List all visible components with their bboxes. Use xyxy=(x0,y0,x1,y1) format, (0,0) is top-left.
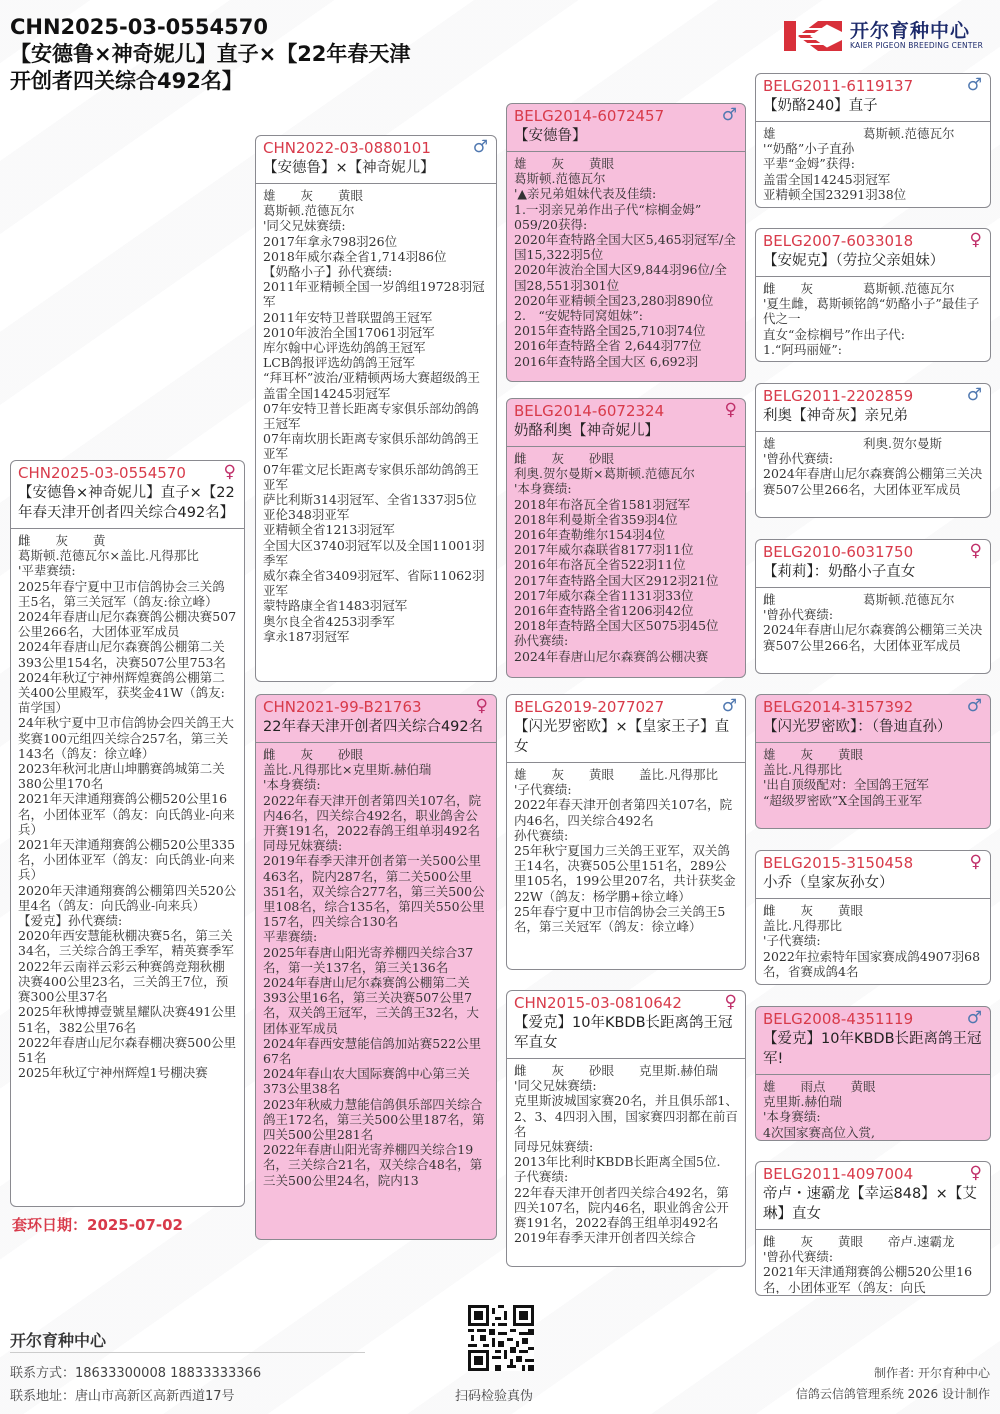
detail-line: 雌 灰 砂眼 xyxy=(263,747,489,762)
detail-line: 雌 灰 砂眼 克里斯.赫伯瑞 xyxy=(514,1063,738,1078)
pigeon-details: 雌 灰 砂眼 盖比.凡得那比×克里斯.赫伯瑞 '本身赛绩: 2022年春天津开创… xyxy=(256,743,496,1216)
detail-line: 蒙特路康全省1483羽冠军 xyxy=(263,598,489,613)
detail-line: 平辈赛绩: xyxy=(263,929,489,944)
detail-line: 雌 葛斯顿.范德瓦尔 xyxy=(763,592,983,607)
ring-number: BELG2014-6072457 xyxy=(514,107,738,126)
ring-number: BELG2011-6119137 xyxy=(763,77,983,96)
detail-line: 07年安特卫普长距离专家俱乐部幼鸽鸽王冠军 xyxy=(263,401,489,431)
detail-line: 盖比.凡得那比×克里斯.赫伯瑞 xyxy=(263,762,489,777)
detail-line: 2022年云南祥云彩云种赛鸽竞翔秋棚决赛400公里23名，三关鸽王7位，预赛30… xyxy=(18,959,237,1005)
female-icon: ♀ xyxy=(970,542,982,561)
detail-line: '同父兄妹赛绩: xyxy=(263,218,489,233)
pigeon-name: 【安德鲁】×【神奇妮儿】 xyxy=(263,158,489,178)
detail-line: 2021年天津通翔赛鸽公棚520公里16名，小团体亚军（鸽友：向氏 xyxy=(763,1264,983,1294)
detail-line: '平辈赛绩: xyxy=(18,563,237,578)
female-icon: ♀ xyxy=(970,853,982,872)
detail-line: 2024年春唐山尼尔森赛鸽公棚第二关393公里16名，第三关决赛507公里7名，… xyxy=(263,975,489,1036)
ring-number: BELG2014-3157392 xyxy=(763,698,983,717)
pigeon-card-sire-sire[interactable]: BELG2014-6072457 ♂ 【安德鲁】 雄 灰 黄眼 葛斯顿.范德瓦尔… xyxy=(506,103,746,382)
male-icon: ♂ xyxy=(473,138,488,157)
ring-number: BELG2015-3150458 xyxy=(763,854,983,873)
detail-line: '子代赛绩: xyxy=(763,933,983,948)
ring-number: BELG2010-6031750 xyxy=(763,543,983,562)
detail-line: 1.“阿玛丽娅”: xyxy=(763,342,983,357)
female-icon: ♀ xyxy=(476,697,488,716)
pigeon-name: 帝卢・速霸龙【幸运848】×【艾琳】直女 xyxy=(763,1184,983,1224)
female-icon: ♀ xyxy=(970,231,982,250)
ring-number: CHN2022-03-0880101 xyxy=(263,139,489,158)
detail-line: 2022年春天津开创者第四关107名，院内46名，四关综合492名 xyxy=(514,797,738,827)
detail-line: 07年霍文尼长距离专家俱乐部幼鸽鸽王亚军 xyxy=(263,462,489,492)
pigeon-card-dds[interactable]: BELG2008-4351119 ♂ 【爱克】10年KBDB长距离鸽王冠军! 雄… xyxy=(755,1006,991,1141)
detail-line: 2010年波治全国17061羽冠军 xyxy=(263,325,489,340)
detail-line: 克里斯波城国家赛20名，并且俱乐部1、2、3、4四羽入围，国家赛四羽都在前百名 xyxy=(514,1093,738,1139)
logo-name-en: KAIER PIGEON BREEDING CENTER xyxy=(850,41,983,51)
pigeon-details: 雄 利奥.贺尔曼斯 '曾孙代赛绩: 2024年春唐山尼尔森赛鸽公棚第三关决赛50… xyxy=(756,432,990,518)
detail-line: 【奶酪小子】孙代赛绩: xyxy=(263,264,489,279)
detail-line: 2021年天津通翔赛鸽公棚520公里335名，小团体亚军（鸽友：向氏鸽业-向来兵… xyxy=(18,837,237,883)
pigeon-details: 雌 灰 黄眼 盖比.凡得那比 '子代赛绩: 2022年拉索特年国家赛成鸽4907… xyxy=(756,899,990,985)
pigeon-name: 【爱克】10年KBDB长距离鸽王冠军直女 xyxy=(514,1013,738,1053)
logo-name-cn: 开尔育种中心 xyxy=(850,21,983,41)
female-icon: ♀ xyxy=(970,1164,982,1183)
detail-line: 雌 灰 黄眼 xyxy=(763,903,983,918)
detail-line: 2024年春唐山尼尔森赛鸽公棚决赛507公里266名，大团体亚军成员 xyxy=(18,609,237,639)
pigeon-card-dam[interactable]: CHN2021-99-B21763 ♀ 22年春天津开创者四关综合492名 雌 … xyxy=(255,694,497,1240)
footer-contact: 联系方式：18633300008 18833333366 xyxy=(10,1362,261,1381)
detail-line: 亚伦348羽亚军 xyxy=(263,507,489,522)
detail-line: '“奶酪”小子直孙 xyxy=(763,141,983,156)
detail-line: 2019年春季天津开创者第一关500公里463名，院内287名，第二关500公里… xyxy=(263,853,489,929)
detail-line: 【爱克】孙代赛绩: xyxy=(18,913,237,928)
pigeon-details: 雌 灰 葛斯顿.范德瓦尔 '夏生雌，葛斯顿铭鸽“奶酪小子”最佳子代之一 直女“金… xyxy=(756,277,990,361)
detail-line: '本身赛绩: xyxy=(263,777,489,792)
detail-line: '本身赛绩: xyxy=(514,481,738,496)
detail-line: 葛斯顿.范德瓦尔 xyxy=(514,171,738,186)
detail-line: '曾孙代赛绩: xyxy=(763,607,983,622)
female-icon: ♀ xyxy=(725,401,737,420)
detail-line: 雄 葛斯顿.范德瓦尔 xyxy=(763,126,983,141)
detail-line: 2025年春唐山阳光寄养棚四关综合37名，第一关137名，第三关136名 xyxy=(263,945,489,975)
male-icon: ♂ xyxy=(967,697,982,716)
detail-line: 2025年春宁夏中卫市信鸽协会三关鸽王5名，第三关冠军（鸽友:徐立峰） xyxy=(18,579,237,609)
detail-line: '夏生雌，葛斯顿铭鸽“奶酪小子”最佳子代之一 xyxy=(763,296,983,326)
detail-line: 2018年威尔森全省1,714羽86位 xyxy=(263,249,489,264)
pigeon-card-sdd[interactable]: BELG2010-6031750 ♀ 【莉莉】：奶酪小子直女 雌 葛斯顿.范德瓦… xyxy=(755,539,991,674)
detail-line: 平辈“金姆”获得: xyxy=(763,156,983,171)
male-icon: ♂ xyxy=(967,1009,982,1028)
ring-date: 套环日期：2025-07-02 xyxy=(12,1214,183,1235)
pigeon-card-sire-dam[interactable]: BELG2014-6072324 ♀ 奶酪利奥【神奇妮儿】 雌 灰 砂眼 利奥.… xyxy=(506,398,746,678)
detail-line: 同母兄妹赛绩: xyxy=(263,838,489,853)
detail-line: 奥尔良全省4253羽季军 xyxy=(263,614,489,629)
male-icon: ♂ xyxy=(722,106,737,125)
detail-line: 威尔森全省3409羽冠军、省际11062羽亚军 xyxy=(263,568,489,598)
detail-line: 直女“金棕榈号”作出子代: xyxy=(763,327,983,342)
detail-line: “拜耳杯”波治/亚精顿两场大赛超级鸽王 xyxy=(263,370,489,385)
pigeon-name: 【安德鲁×神奇妮儿】直子×【22年春天津开创者四关综合492名】 xyxy=(18,483,237,523)
detail-line: 2024年春唐山尼尔森赛鸽公棚第三关决赛507公里266名，大团体亚军成员 xyxy=(763,466,983,496)
detail-line: 孙代赛绩: xyxy=(514,633,738,648)
pigeon-card-sds[interactable]: BELG2011-2202859 ♂ 利奥【神奇灰】亲兄弟 雄 利奥.贺尔曼斯 … xyxy=(755,383,991,518)
detail-line: 2018年查特路全国大区5075羽45位 xyxy=(514,618,738,633)
detail-line: 雄 灰 黄眼 xyxy=(763,747,983,762)
pigeon-name: 【安德鲁】 xyxy=(514,126,738,146)
ring-number: BELG2011-2202859 xyxy=(763,387,983,406)
detail-line: 25年春宁夏中卫市信鸽协会三关鸽王5名，第三关冠军（鸽友：徐立峰） xyxy=(514,904,738,934)
detail-line: “超级罗密欧”X全国鸽王亚军 xyxy=(763,793,983,808)
detail-line: 2024年春唐山尼尔森赛鸽公棚决赛 xyxy=(514,649,738,664)
detail-line: 2020年查特路全国大区5,465羽冠军/全国15,322羽5位 xyxy=(514,232,738,262)
detail-line: 2017年威尔森全省1131羽33位 xyxy=(514,588,738,603)
detail-line: 2021年天津通翔赛鸽公棚520公里16名，小团体亚军（鸽友：向氏鸽业-向来兵） xyxy=(18,791,237,837)
detail-line: 2024年春唐山尼尔森赛鸽公棚第三关决赛507公里266名，大团体亚军成员 xyxy=(763,622,983,652)
male-icon: ♂ xyxy=(967,386,982,405)
detail-line: 雄 灰 黄眼 盖比.凡得那比 xyxy=(514,767,738,782)
detail-line: 子代赛绩: xyxy=(514,1169,738,1184)
detail-line: 2016年布洛瓦全省522羽11位 xyxy=(514,557,738,572)
pigeon-details: 雄 葛斯顿.范德瓦尔 '“奶酪”小子直孙 平辈“金姆”获得: 盖雷全国14245… xyxy=(756,122,990,208)
pigeon-card-dsd[interactable]: BELG2015-3150458 ♀ 小乔（皇家灰孙女） 雌 灰 黄眼 盖比.凡… xyxy=(755,850,991,985)
ring-number: CHN2021-99-B21763 xyxy=(263,698,489,717)
detail-line: 葛斯顿.范德瓦尔×盖比.凡得那比 xyxy=(18,548,237,563)
detail-line: 亚精顿全国23291羽38位 xyxy=(763,187,983,202)
male-icon: ♂ xyxy=(722,697,737,716)
detail-line: '曾孙代赛绩: xyxy=(763,1249,983,1264)
detail-line: 同母兄妹赛绩: xyxy=(514,1139,738,1154)
detail-line: 2020年波治全国大区9,844羽96位/全国28,551羽301位 xyxy=(514,262,738,292)
pigeon-card-subject[interactable]: CHN2025-03-0554570 ♀ 【安德鲁×神奇妮儿】直子×【22年春天… xyxy=(10,460,245,1207)
pigeon-name: 【爱克】10年KBDB长距离鸽王冠军! xyxy=(763,1029,983,1069)
ring-number: CHN2025-03-0554570 xyxy=(18,464,237,483)
pigeon-name: 【闪光罗密欧】×【皇家王子】直女 xyxy=(514,717,738,757)
detail-line: 雄 雨点 黄眼 xyxy=(763,1079,983,1094)
pigeon-card-sire[interactable]: CHN2022-03-0880101 ♂ 【安德鲁】×【神奇妮儿】 雄 灰 黄眼… xyxy=(255,135,497,682)
pigeon-card-dss[interactable]: BELG2014-3157392 ♂ 【闪光罗密欧】：（鲁迪直孙） 雄 灰 黄眼… xyxy=(755,694,991,829)
detail-line: 1.一羽亲兄弟作出子代“棕榈金姆” 059/20获得: xyxy=(514,202,738,232)
detail-line: 雌 灰 葛斯顿.范德瓦尔 xyxy=(763,281,983,296)
pigeon-card-ddd[interactable]: BELG2011-4097004 ♀ 帝卢・速霸龙【幸运848】×【艾琳】直女 … xyxy=(755,1161,991,1296)
detail-line: 2016年查特路全国大区 6,692羽 xyxy=(514,354,738,369)
pigeon-name: 奶酪利奥【神奇妮儿】 xyxy=(514,421,738,441)
footer-divider xyxy=(10,1352,365,1353)
pigeon-details: 雄 灰 黄眼 盖比.凡得那比 '出自顶级配对：全国鸽王冠军 “超级罗密欧”X全国… xyxy=(756,743,990,809)
detail-line: 2020年亚精顿全国23,280羽890位 xyxy=(514,293,738,308)
footer-address: 联系地址：唐山市高新区高新西道17号 xyxy=(10,1385,235,1404)
pigeon-details: 雌 灰 砂眼 克里斯.赫伯瑞 '同父兄妹赛绩: 克里斯波城国家赛20名，并且俱乐… xyxy=(507,1059,745,1263)
detail-line: 全国大区3740羽冠军以及全国11001羽季军 xyxy=(263,538,489,568)
pigeon-name: 【奶酪240】直子 xyxy=(763,96,983,116)
detail-line: 2019年春季天津开创者四关综合 xyxy=(514,1230,738,1245)
pigeon-details: 雌 灰 砂眼 利奥.贺尔曼斯×葛斯顿.范德瓦尔 '本身赛绩: 2018年布洛瓦全… xyxy=(507,447,745,673)
footer-maker: 制作者: 开尔育种中心 xyxy=(874,1364,990,1381)
ring-number: BELG2008-4351119 xyxy=(763,1010,983,1029)
detail-line: 2025年秋辽宁神州辉煌1号棚决赛 xyxy=(18,1065,237,1080)
detail-line: 2022年春天津开创者第四关107名，院内46名，四关综合492名，职业鸽舍公开… xyxy=(263,793,489,839)
female-icon: ♀ xyxy=(224,463,236,482)
detail-line: 库尔翰中心评选幼鸽鸽王冠军 xyxy=(263,340,489,355)
ring-number: BELG2011-4097004 xyxy=(763,1165,983,1184)
pigeon-name: 【闪光罗密欧】：（鲁迪直孙） xyxy=(763,717,983,737)
ring-number: CHN2015-03-0810642 xyxy=(514,994,738,1013)
detail-line: 盖比.凡得那比 xyxy=(763,762,983,777)
pigeon-details: 雄 雨点 黄眼 克里斯.赫伯瑞 '本身赛绩: 4次国家赛高位入赏, xyxy=(756,1075,990,1141)
male-icon: ♂ xyxy=(967,76,982,95)
ring-number: BELG2019-2077027 xyxy=(514,698,738,717)
kaier-logo-icon xyxy=(784,19,844,53)
detail-line: 24年秋宁夏中卫市信鸽协会四关鸽王大奖赛100元组四关综合257名，第三关143… xyxy=(18,715,237,761)
footer-system-credit: 信鸽云信鸽管理系统 2026 设计制作 xyxy=(796,1385,990,1402)
detail-line: 利奥.贺尔曼斯×葛斯顿.范德瓦尔 xyxy=(514,466,738,481)
detail-line: 2022年春唐山阳光寄养棚四关综合19名，三关综合21名，双关综合48名，第三关… xyxy=(263,1142,489,1188)
detail-line: 2020年西安慧能秋棚决赛5名，第三关34名，三关综合鸽王季军，精英赛季军 xyxy=(18,928,237,958)
detail-line: 2024年秋辽宁神州辉煌赛鸽公棚第二关400公里殿军，获奖金41W（鸽友:苗学国… xyxy=(18,670,237,716)
qr-code-icon[interactable] xyxy=(468,1305,534,1371)
pigeon-card-dam-dam[interactable]: CHN2015-03-0810642 ♀ 【爱克】10年KBDB长距离鸽王冠军直… xyxy=(506,990,746,1267)
detail-line: 2015年查特路全国25,710羽74位 xyxy=(514,323,738,338)
ring-number: BELG2007-6033018 xyxy=(763,232,983,251)
detail-line: '本身赛绩: xyxy=(763,1109,983,1124)
pigeon-details: 雌 葛斯顿.范德瓦尔 '曾孙代赛绩: 2024年春唐山尼尔森赛鸽公棚第三关决赛5… xyxy=(756,588,990,674)
detail-line: '子代赛绩: xyxy=(514,782,738,797)
detail-line: 雌 灰 砂眼 xyxy=(514,451,738,466)
detail-line: 葛斯顿.范德瓦尔 xyxy=(263,203,489,218)
detail-line: 拿永187羽冠军 xyxy=(263,629,489,644)
detail-line: 亚精顿全省1213羽冠军 xyxy=(263,522,489,537)
detail-line: 2011年亚精顿全国一岁鸽组19728羽冠军 xyxy=(263,279,489,309)
detail-line: 盖雷全国14245羽冠军 xyxy=(763,172,983,187)
detail-line: 2016年查勒维尔154羽4位 xyxy=(514,527,738,542)
pigeon-card-sss[interactable]: BELG2011-6119137 ♂ 【奶酪240】直子 雄 葛斯顿.范德瓦尔 … xyxy=(755,73,991,208)
detail-line: 2018年利曼斯全省359羽4位 xyxy=(514,512,738,527)
detail-line: LCB鸽报评选幼鸽鸽王冠军 xyxy=(263,355,489,370)
pigeon-name: 小乔（皇家灰孙女） xyxy=(763,873,983,893)
pigeon-details: 雄 灰 黄眼 葛斯顿.范德瓦尔 '同父兄妹赛绩: 2017年拿永798羽26位 … xyxy=(256,184,496,677)
pigeon-name: 【安妮克】（劳拉父亲姐妹） xyxy=(763,251,983,271)
detail-line: 2018年布洛瓦全省1581羽冠军 xyxy=(514,497,738,512)
qr-verify-label: 扫码检验真伪 xyxy=(455,1385,533,1404)
detail-line: 萨比利斯314羽冠军、全省1337羽5位 xyxy=(263,492,489,507)
detail-line: 4次国家赛高位入赏, xyxy=(763,1125,983,1140)
detail-line: 雌 灰 黄眼 帝卢.速霸龙 xyxy=(763,1234,983,1249)
detail-line: 2017年拿永798羽26位 xyxy=(263,234,489,249)
pigeon-name: 22年春天津开创者四关综合492名 xyxy=(263,717,489,737)
detail-line: 孙代赛绩: xyxy=(514,828,738,843)
detail-line: 2023年秋威力慧能信鸽俱乐部四关综合鸽王172名，第三关500公里187名，第… xyxy=(263,1097,489,1143)
detail-line: 2024年春西安慧能信鸽加站赛522公里67名 xyxy=(263,1036,489,1066)
detail-line: '曾孙代赛绩: xyxy=(763,451,983,466)
detail-line: 2013年比利时KBDB长距离全国5位. xyxy=(514,1154,738,1169)
ring-number: BELG2014-6072324 xyxy=(514,402,738,421)
detail-line: 2022年拉索特年国家赛成鸽4907羽68名，省赛成鸽4名 xyxy=(763,949,983,979)
footer-org-name: 开尔育种中心 xyxy=(10,1328,106,1351)
detail-line: 07年南坎朋长距离专家俱乐部幼鸽鸽王亚军 xyxy=(263,431,489,461)
pigeon-card-ssd[interactable]: BELG2007-6033018 ♀ 【安妮克】（劳拉父亲姐妹） 雌 灰 葛斯顿… xyxy=(755,228,991,362)
detail-line: 2020年天津通翔赛鸽公棚第四关520公里4名（鸽友：向氏鸽业-向来兵） xyxy=(18,883,237,913)
detail-line: 克里斯.赫伯瑞 xyxy=(763,1094,983,1109)
title-line-pedigree-1: 【安德鲁×神奇妮儿】直子×【22年春天津 xyxy=(10,41,490,68)
title-line-pedigree-2: 开创者四关综合492名】 xyxy=(10,68,490,95)
pigeon-details: 雌 灰 黄 葛斯顿.范德瓦尔×盖比.凡得那比 '平辈赛绩: 2025年春宁夏中卫… xyxy=(11,529,244,1192)
detail-line: 2022年春唐山尼尔森春棚决赛500公里51名 xyxy=(18,1035,237,1065)
detail-line: 2023年秋河北唐山坤鹏赛鸽城第二关380公里170名 xyxy=(18,761,237,791)
title-line-ring: CHN2025-03-0554570 xyxy=(10,14,490,41)
detail-line: 2017年威尔森联省8177羽11位 xyxy=(514,542,738,557)
page-title: CHN2025-03-0554570 【安德鲁×神奇妮儿】直子×【22年春天津 … xyxy=(10,14,490,95)
female-icon: ♀ xyxy=(725,993,737,1012)
detail-line: 2024年春唐山尼尔森赛鸽公棚第二关393公里154名，决赛507公里753名 xyxy=(18,639,237,669)
detail-line: '出自顶级配对：全国鸽王冠军 xyxy=(763,777,983,792)
detail-line: '同父兄妹赛绩: xyxy=(514,1078,738,1093)
detail-line: 盖雷全国14245羽冠军 xyxy=(263,386,489,401)
detail-line: 25年秋宁夏国力三关鸽王亚军，双关鸽王14名，决赛505公里151名，289公里… xyxy=(514,843,738,904)
detail-line: 2017年查特路全国大区2912羽21位 xyxy=(514,573,738,588)
detail-line: 雌 灰 黄 xyxy=(18,533,237,548)
detail-line: 22年春天津开创者四关综合492名，第四关107名，院内46名，职业鸽舍公开赛1… xyxy=(514,1185,738,1231)
brand-logo: 开尔育种中心 KAIER PIGEON BREEDING CENTER xyxy=(784,16,994,56)
pigeon-details: 雄 灰 黄眼 葛斯顿.范德瓦尔 '▲亲兄弟姐妹代表及佳绩: 1.一羽亲兄弟作出子… xyxy=(507,152,745,377)
detail-line: 2016年查特路全省1206羽42位 xyxy=(514,603,738,618)
detail-line: 2024年春山农大国际赛鸽中心第三关373公里38名 xyxy=(263,1066,489,1096)
detail-line: 雄 利奥.贺尔曼斯 xyxy=(763,436,983,451)
detail-line: 2025年秋博搏壹號星耀队决赛491公里51名，382公里76名 xyxy=(18,1004,237,1034)
detail-line: 2011年安特卫普联盟鸽王冠军 xyxy=(263,310,489,325)
pigeon-name: 【莉莉】：奶酪小子直女 xyxy=(763,562,983,582)
detail-line: 雄 灰 黄眼 xyxy=(263,188,489,203)
detail-line: 2. “安妮特同窝姐妹”: xyxy=(514,308,738,323)
pigeon-card-dam-sire[interactable]: BELG2019-2077027 ♂ 【闪光罗密欧】×【皇家王子】直女 雄 灰 … xyxy=(506,694,746,970)
detail-line: 2016年查特路全省 2,644羽77位 xyxy=(514,338,738,353)
detail-line: '▲亲兄弟姐妹代表及佳绩: xyxy=(514,186,738,201)
pigeon-details: 雄 灰 黄眼 盖比.凡得那比 '子代赛绩: 2022年春天津开创者第四关107名… xyxy=(507,763,745,966)
detail-line: 雄 灰 黄眼 xyxy=(514,156,738,171)
detail-line: 盖比.凡得那比 xyxy=(763,918,983,933)
pigeon-name: 利奥【神奇灰】亲兄弟 xyxy=(763,406,983,426)
pigeon-details: 雌 灰 黄眼 帝卢.速霸龙 '曾孙代赛绩: 2021年天津通翔赛鸽公棚520公里… xyxy=(756,1230,990,1294)
